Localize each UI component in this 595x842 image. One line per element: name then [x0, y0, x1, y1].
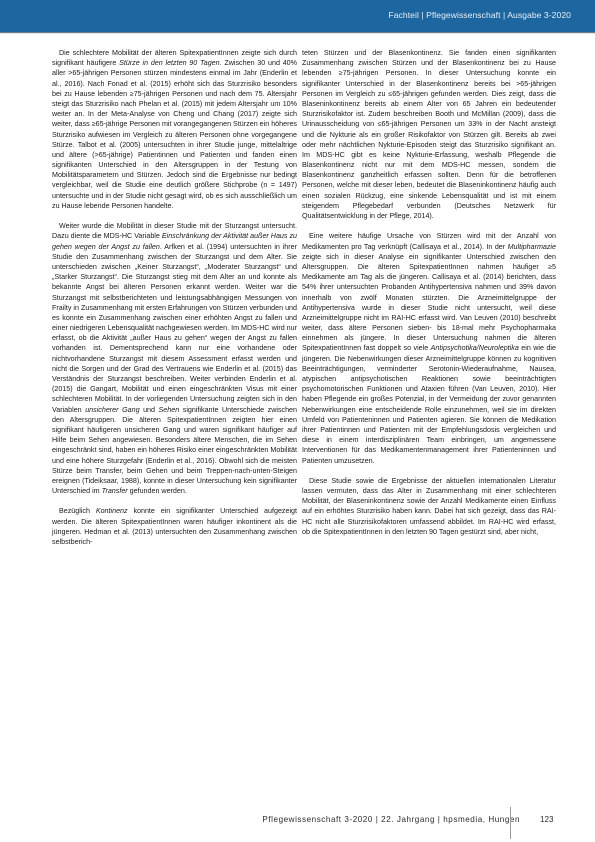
left-column: Die schlechtere Mobilität der älteren Sp… [52, 48, 297, 547]
text: Bezüglich [59, 507, 96, 515]
paragraph: Diese Studie sowie die Ergebnisse der ak… [302, 476, 556, 537]
footer-divider [510, 807, 511, 839]
emphasis: Multipharmazie [508, 243, 556, 251]
text: . Arfken et al. (1994) untersuchten in i… [52, 243, 297, 414]
page-footer: Pflegewissenschaft 3-2020 | 22. Jahrgang… [0, 812, 595, 842]
paragraph: Weiter wurde die Mobilität in dieser Stu… [52, 221, 297, 496]
header-bar: Fachteil | Pflegewissenschaft | Ausgabe … [0, 0, 595, 33]
emphasis: Sehen [159, 406, 180, 414]
paragraph: teten Stürzen und der Blasenkontinenz. S… [302, 48, 556, 221]
page-number: 123 [540, 815, 554, 824]
emphasis: Stürze in den letzten 90 Tagen [119, 59, 220, 67]
emphasis: Transfer [102, 487, 128, 495]
emphasis: Antipsychotika/Neuroleptika [431, 344, 519, 352]
paragraph: Bezüglich Kontinenz konnte ein signifika… [52, 506, 297, 547]
text: . Zwischen 30 und 40% aller >65-jährigen… [52, 59, 297, 210]
emphasis: unsicherer Gang [85, 406, 139, 414]
header-title: Fachteil | Pflegewissenschaft | Ausgabe … [388, 10, 571, 20]
text: signifikante Unterschiede zwischen den A… [52, 406, 297, 496]
paragraph: Eine weitere häufige Ursache von Stürzen… [302, 231, 556, 465]
emphasis: Kontinenz [96, 507, 128, 515]
text: zeigte sich in dieser Analyse ein signif… [302, 253, 556, 353]
text: gefunden werden. [128, 487, 187, 495]
text: und [140, 406, 159, 414]
right-column: teten Stürzen und der Blasenkontinenz. S… [302, 48, 556, 537]
header-divider [0, 33, 595, 34]
text: ein wie die jüngeren. Die Nebenwirkungen… [302, 344, 556, 464]
journal-info: Pflegewissenschaft 3-2020 | 22. Jahrgang… [262, 815, 520, 824]
paragraph: Die schlechtere Mobilität der älteren Sp… [52, 48, 297, 211]
